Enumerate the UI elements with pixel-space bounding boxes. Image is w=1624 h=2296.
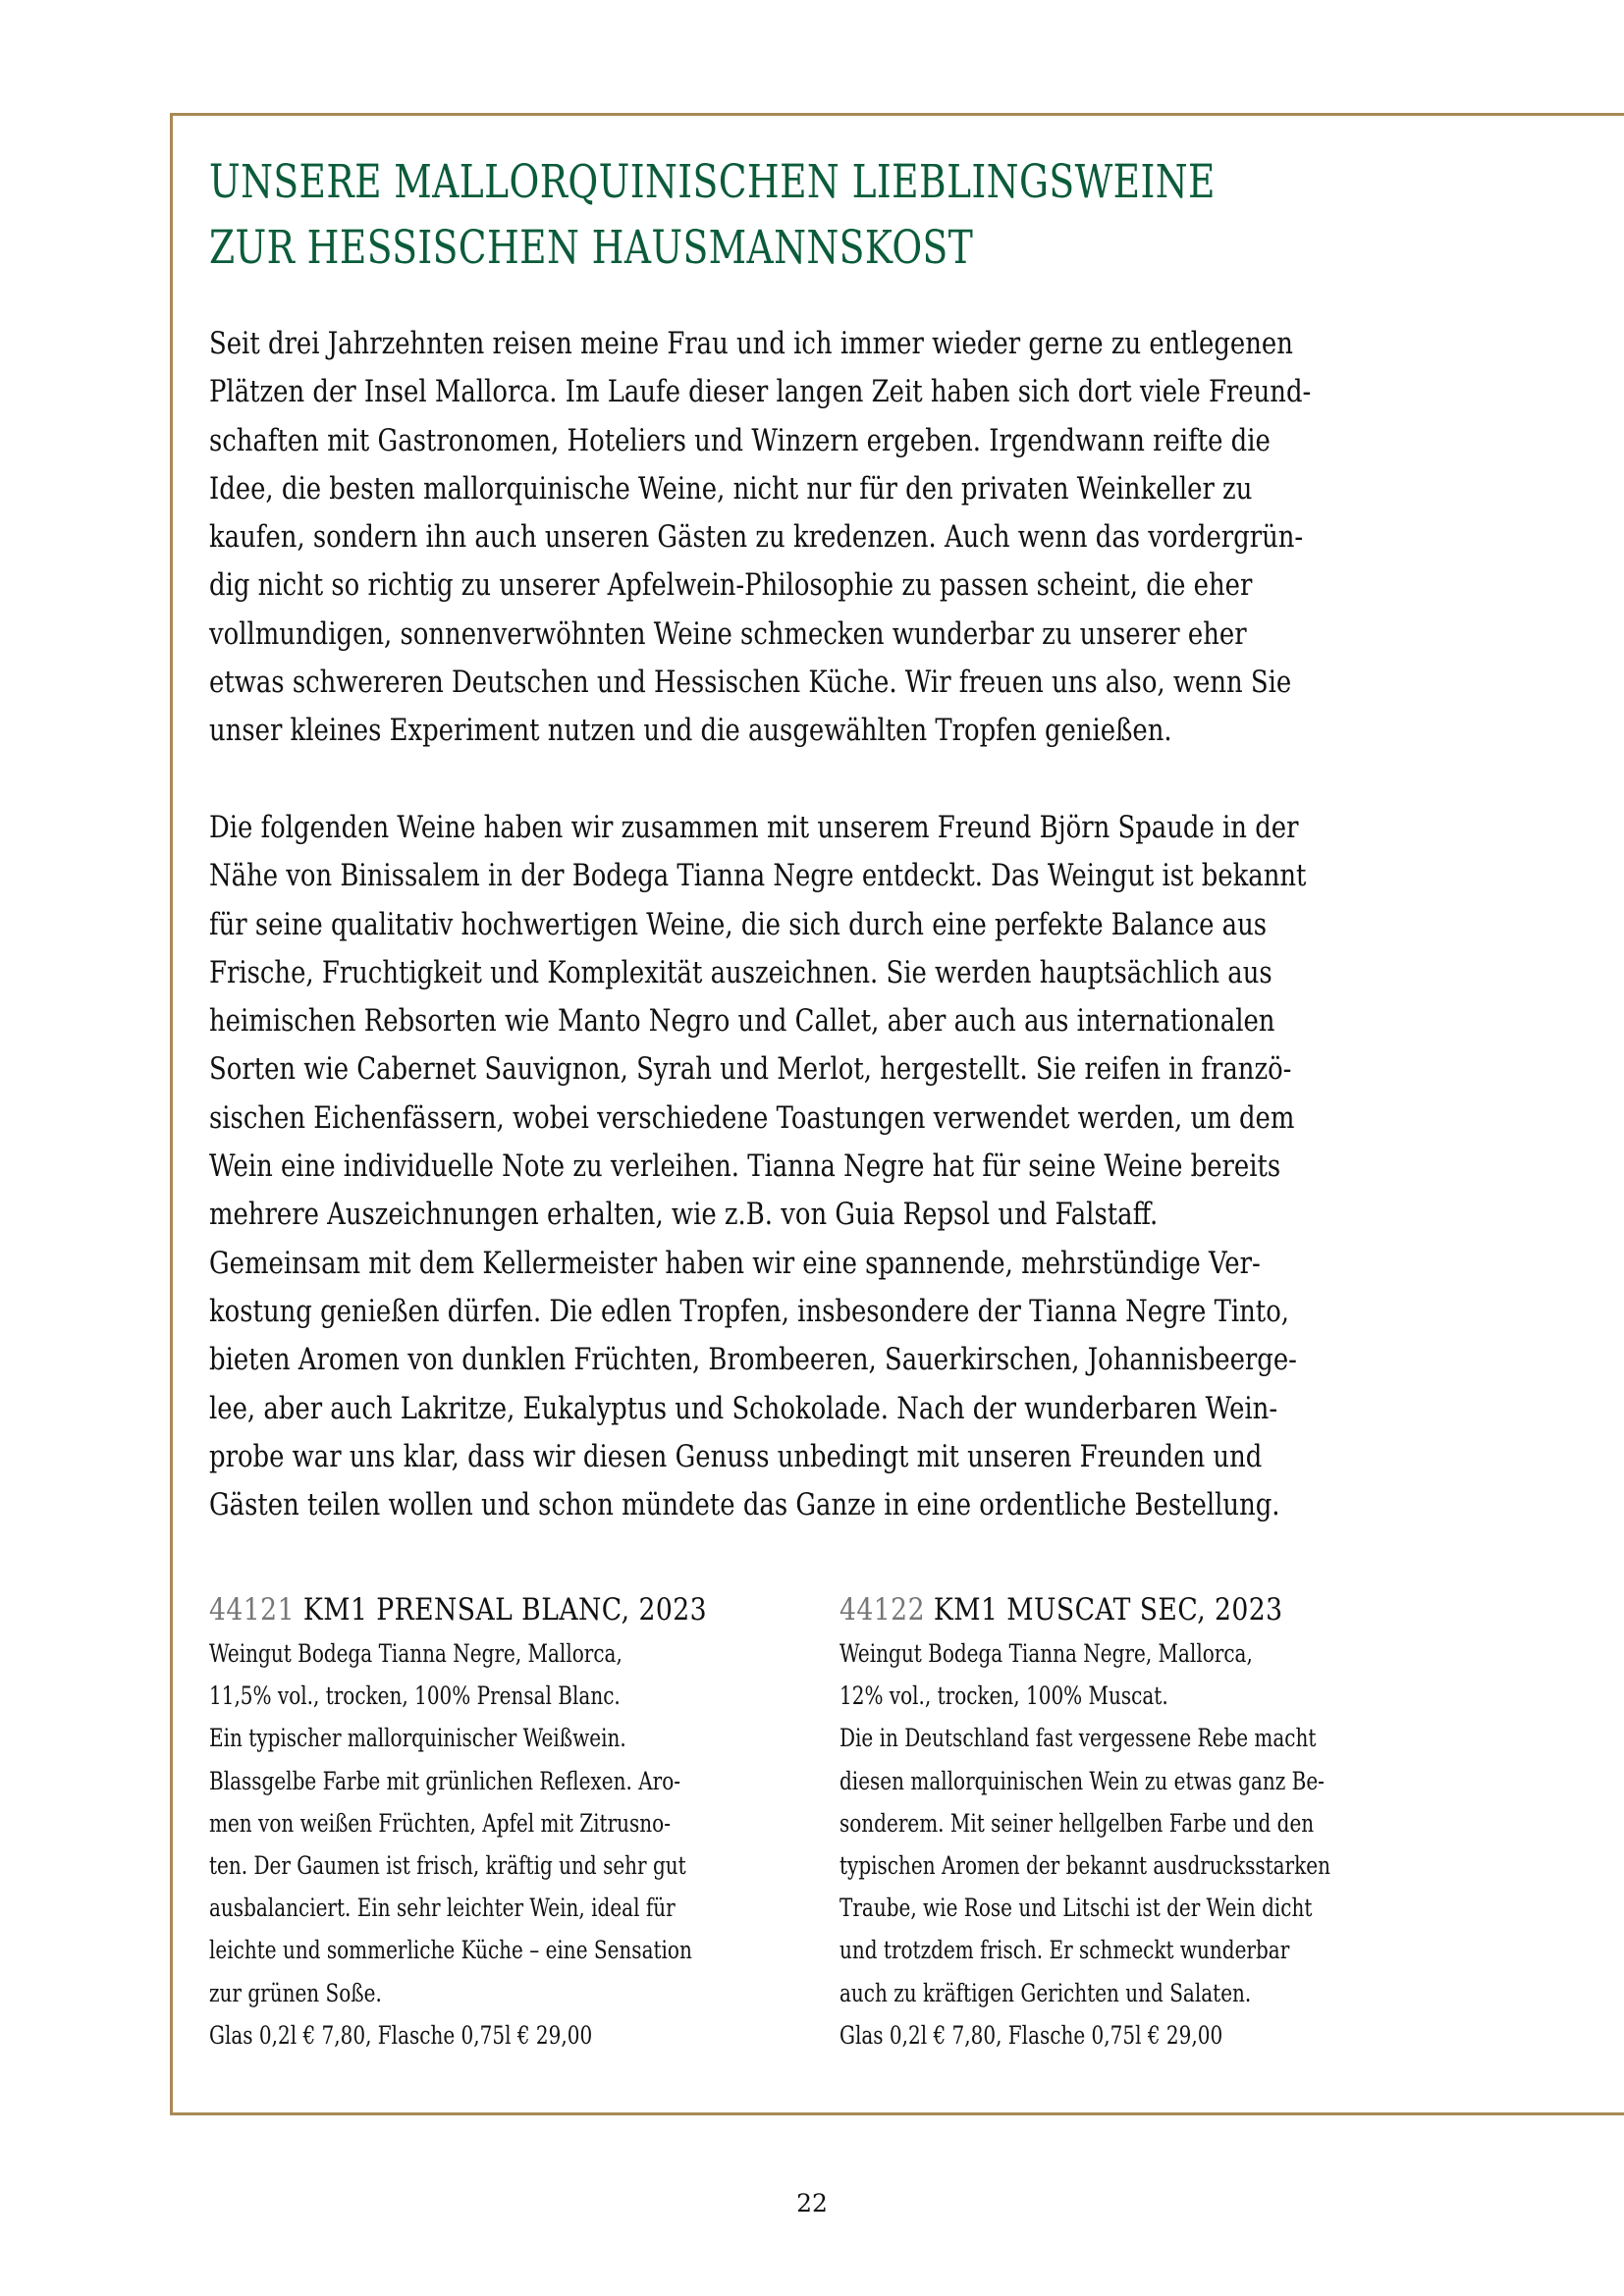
text-line: Die folgenden Weine haben wir zusammen m… (209, 804, 1225, 852)
text-line: Seit drei Jahrzehnten reisen meine Frau … (209, 320, 1225, 368)
wine-name: KM1 MUSCAT SEC, 2023 (934, 1592, 1283, 1628)
wine-entry-muscat-sec: 44122 KM1 MUSCAT SEC, 2023 Weingut Bodeg… (839, 1587, 1448, 2056)
text-line: probe war uns klar, dass wir diesen Genu… (209, 1433, 1225, 1481)
text-line: Plätzen der Insel Mallorca. Im Laufe die… (209, 368, 1225, 416)
wine-detail-line: Weingut Bodega Tianna Negre, Mallorca, (209, 1632, 696, 1675)
wine-detail-line: 12% vol., trocken, 100% Muscat. (839, 1675, 1326, 1717)
wine-entry-prensal-blanc: 44121 KM1 PRENSAL BLANC, 2023 Weingut Bo… (209, 1587, 818, 2056)
wine-detail-line: Weingut Bodega Tianna Negre, Mallorca, (839, 1632, 1326, 1675)
text-line: vollmundigen, sonnenverwöhnten Weine sch… (209, 611, 1225, 659)
wine-detail-line: Ein typischer mallorquinischer Weißwein. (209, 1717, 696, 1759)
bodega-paragraph: Die folgenden Weine haben wir zusammen m… (209, 804, 1427, 1529)
wine-detail-line: ten. Der Gaumen ist frisch, kräftig und … (209, 1844, 696, 1887)
text-line: Gemeinsam mit dem Kellermeister haben wi… (209, 1240, 1225, 1288)
wine-detail-line: men von weißen Früchten, Apfel mit Zitru… (209, 1802, 696, 1844)
text-line: Idee, die besten mallorquinische Weine, … (209, 465, 1225, 513)
wine-detail-line: auch zu kräftigen Gerichten und Salaten. (839, 1972, 1326, 2014)
wine-detail-line: typischen Aromen der bekannt ausdrucksst… (839, 1844, 1326, 1887)
text-line: etwas schwereren Deutschen und Hessische… (209, 659, 1225, 707)
text-line: Wein eine individuelle Note zu verleihen… (209, 1143, 1225, 1191)
text-line: dig nicht so richtig zu unserer Apfelwei… (209, 561, 1225, 610)
text-line: mehrere Auszeichnungen erhalten, wie z.B… (209, 1191, 1225, 1239)
intro-paragraph: Seit drei Jahrzehnten reisen meine Frau … (209, 320, 1427, 756)
text-line: Nähe von Binissalem in der Bodega Tianna… (209, 852, 1225, 900)
text-line: bieten Aromen von dunklen Früchten, Brom… (209, 1336, 1225, 1384)
wine-detail-line: Traube, wie Rose und Litschi ist der Wei… (839, 1887, 1326, 1929)
wine-name: KM1 PRENSAL BLANC, 2023 (303, 1592, 707, 1628)
title-line-1: UNSERE MALLORQUINISCHEN LIEBLINGSWEINE (209, 149, 1216, 215)
wine-detail-line: 11,5% vol., trocken, 100% Prensal Blanc. (209, 1675, 696, 1717)
text-line: sischen Eichenfässern, wobei verschieden… (209, 1095, 1225, 1143)
wine-header: 44121 KM1 PRENSAL BLANC, 2023 (209, 1587, 732, 1632)
wine-detail-line: ausbalanciert. Ein sehr leichter Wein, i… (209, 1887, 696, 1929)
wine-detail-line: und trotzdem frisch. Er schmeckt wunderb… (839, 1929, 1326, 1971)
text-line: kostung genießen dürfen. Die edlen Tropf… (209, 1288, 1225, 1336)
text-line: heimischen Rebsorten wie Manto Negro und… (209, 997, 1225, 1045)
wine-detail-line: zur grünen Soße. (209, 1972, 696, 2014)
text-line: Gästen teilen wollen und schon mündete d… (209, 1481, 1225, 1529)
wine-description: Weingut Bodega Tianna Negre, Mallorca, 1… (839, 1632, 1448, 2056)
wine-number: 44121 (209, 1592, 295, 1628)
text-line: kaufen, sondern ihn auch unseren Gästen … (209, 513, 1225, 561)
text-line: lee, aber auch Lakritze, Eukalyptus und … (209, 1385, 1225, 1433)
wine-number: 44122 (839, 1592, 925, 1628)
wine-detail-line: Blassgelbe Farbe mit grünlichen Reflexen… (209, 1760, 696, 1802)
wine-price: Glas 0,2l € 7,80, Flasche 0,75l € 29,00 (839, 2014, 1326, 2056)
text-line: Sorten wie Cabernet Sauvignon, Syrah und… (209, 1045, 1225, 1094)
text-line: schaften mit Gastronomen, Hoteliers und … (209, 417, 1225, 465)
title-line-2: ZUR HESSISCHEN HAUSMANNSKOST (209, 215, 1216, 281)
wine-detail-line: sonderem. Mit seiner hellgelben Farbe un… (839, 1802, 1326, 1844)
wine-detail-line: leichte und sommerliche Küche – eine Sen… (209, 1929, 696, 1971)
wine-description: Weingut Bodega Tianna Negre, Mallorca, 1… (209, 1632, 818, 2056)
page-number: 22 (0, 2184, 1624, 2223)
wine-header: 44122 KM1 MUSCAT SEC, 2023 (839, 1587, 1363, 1632)
text-line: Frische, Fruchtigkeit und Komplexität au… (209, 949, 1225, 997)
wine-detail-line: Die in Deutschland fast vergessene Rebe … (839, 1717, 1326, 1759)
text-line: unser kleines Experiment nutzen und die … (209, 707, 1225, 755)
wine-price: Glas 0,2l € 7,80, Flasche 0,75l € 29,00 (209, 2014, 696, 2056)
wine-detail-line: diesen mallorquinischen Wein zu etwas ga… (839, 1760, 1326, 1802)
text-line: für seine qualitativ hochwertigen Weine,… (209, 901, 1225, 949)
page-title: UNSERE MALLORQUINISCHEN LIEBLINGSWEINE Z… (209, 149, 1216, 281)
